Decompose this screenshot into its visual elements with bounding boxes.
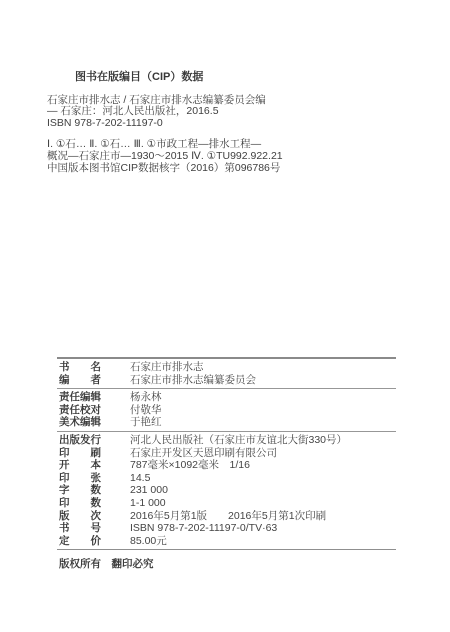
colophon-value: 付敬华 [130,404,396,417]
colophon-value: 1-1 000 [130,497,396,510]
colophon-value: 于艳红 [130,416,396,429]
colophon-value: 石家庄开发区天恩印刷有限公司 [130,447,396,460]
colophon-row: 编 者 石家庄市排水志编纂委员会 [57,374,396,387]
colophon-row: 版 次 2016年5月第1版 2016年5月第1次印刷 [57,510,396,523]
colophon-value: 石家庄市排水志编纂委员会 [130,374,396,387]
colophon-row: 开 本 787毫米×1092毫米 1/16 [57,459,396,472]
colophon-section: 书 名 石家庄市排水志 编 者 石家庄市排水志编纂委员会 责任编辑 杨永林 责任… [57,357,396,571]
colophon-row: 字 数 231 000 [57,484,396,497]
cip-class-line-2: 概况—石家庄市—1930～2015 Ⅳ. ①TU992.922.21 [47,151,399,163]
colophon-label: 编 者 [57,374,130,387]
colophon-value: 231 000 [130,484,396,497]
colophon-row: 美术编辑 于艳红 [57,416,396,429]
colophon-row: 书 号 ISBN 978-7-202-11197-0/TV·63 [57,522,396,535]
colophon-value: 杨永林 [130,391,396,404]
colophon-value: 14.5 [130,472,396,485]
colophon-label: 印 数 [57,497,130,510]
copyright-page: 图书在版编目（CIP）数据 石家庄市排水志 / 石家庄市排水志编纂委员会编 — … [0,0,450,632]
cip-publication-block: 石家庄市排水志 / 石家庄市排水志编纂委员会编 — 石家庄：河北人民出版社，20… [47,95,399,130]
colophon-table: 书 名 石家庄市排水志 编 者 石家庄市排水志编纂委员会 责任编辑 杨永林 责任… [57,357,396,550]
colophon-value: 85.00元 [130,535,396,548]
colophon-label: 责任校对 [57,404,130,417]
colophon-value: 787毫米×1092毫米 1/16 [130,459,396,472]
colophon-row: 书 名 石家庄市排水志 [57,361,396,374]
cip-classification-block: Ⅰ. ①石… Ⅱ. ①石… Ⅲ. ①市政工程—排水工程— 概况—石家庄市—193… [47,139,399,162]
colophon-label: 字 数 [57,484,130,497]
colophon-label: 责任编辑 [57,391,130,404]
colophon-row: 印 张 14.5 [57,472,396,485]
colophon-label: 印 刷 [57,447,130,460]
cip-data-section: 图书在版编目（CIP）数据 石家庄市排水志 / 石家庄市排水志编纂委员会编 — … [47,72,399,174]
colophon-label: 印 张 [57,472,130,485]
colophon-row: 出版发行 河北人民出版社（石家庄市友谊北大街330号） [57,434,396,447]
colophon-value: 石家庄市排水志 [130,361,396,374]
colophon-row: 责任编辑 杨永林 [57,391,396,404]
cip-record-line: 中国版本图书馆CIP数据核字（2016）第096786号 [47,163,399,175]
colophon-value: ISBN 978-7-202-11197-0/TV·63 [130,522,396,535]
colophon-value: 2016年5月第1版 2016年5月第1次印刷 [130,510,396,523]
colophon-row: 定 价 85.00元 [57,535,396,548]
colophon-label: 书 名 [57,361,130,374]
cip-heading: 图书在版编目（CIP）数据 [75,72,399,84]
colophon-value: 河北人民出版社（石家庄市友谊北大街330号） [130,434,396,447]
colophon-row: 责任校对 付敬华 [57,404,396,417]
colophon-label: 版 次 [57,510,130,523]
colophon-group-title: 书 名 石家庄市排水志 编 者 石家庄市排水志编纂委员会 [57,357,396,388]
copyright-notice: 版权所有 翻印必究 [57,556,396,571]
colophon-label: 出版发行 [57,434,130,447]
colophon-group-editors: 责任编辑 杨永林 责任校对 付敬华 美术编辑 于艳红 [57,388,396,431]
cip-isbn-line: ISBN 978-7-202-11197-0 [47,118,399,130]
colophon-label: 开 本 [57,459,130,472]
colophon-row: 印 刷 石家庄开发区天恩印刷有限公司 [57,447,396,460]
colophon-group-printing: 出版发行 河北人民出版社（石家庄市友谊北大街330号） 印 刷 石家庄开发区天恩… [57,431,396,549]
colophon-label: 美术编辑 [57,416,130,429]
colophon-label: 书 号 [57,522,130,535]
colophon-label: 定 价 [57,535,130,548]
colophon-row: 印 数 1-1 000 [57,497,396,510]
